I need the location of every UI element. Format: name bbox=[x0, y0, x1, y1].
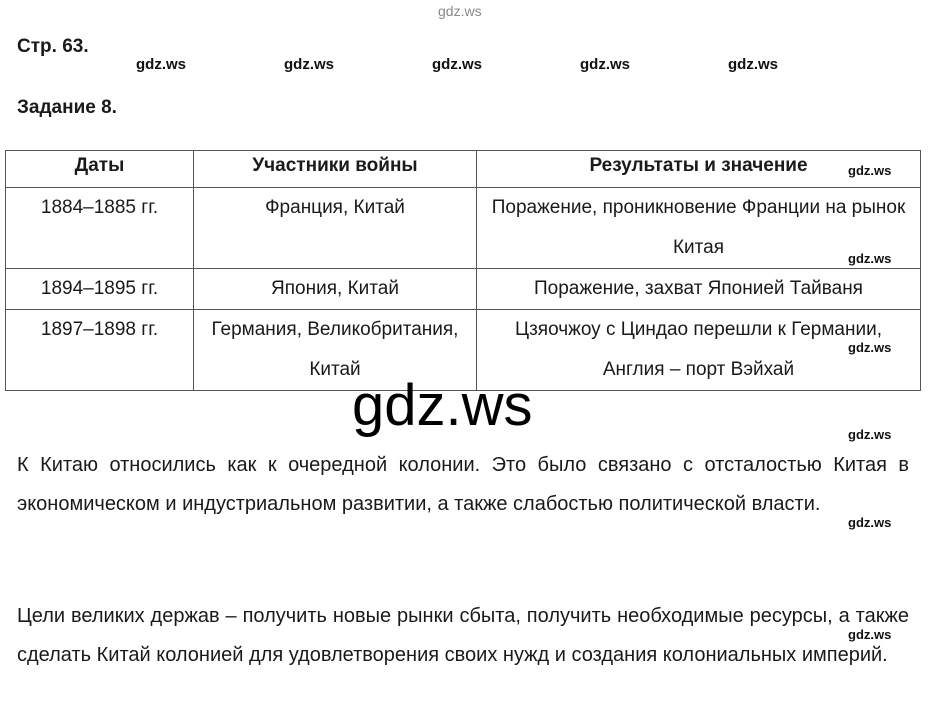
answer-paragraph: Цели великих держав – получить новые рын… bbox=[17, 597, 909, 675]
cell-dates: 1894–1895 гг. bbox=[6, 269, 194, 310]
watermark: gdz.ws bbox=[848, 627, 891, 642]
cell-participants: Япония, Китай bbox=[194, 269, 477, 310]
watermark: gdz.ws bbox=[848, 340, 891, 355]
watermark: gdz.ws bbox=[136, 56, 186, 73]
watermark: gdz.ws bbox=[728, 56, 778, 73]
task-title: Задание 8. bbox=[17, 97, 117, 119]
cell-dates: 1897–1898 гг. bbox=[6, 310, 194, 391]
watermark-top: gdz.ws bbox=[438, 3, 482, 19]
cell-dates: 1884–1885 гг. bbox=[6, 188, 194, 269]
table-row: 1884–1885 гг. Франция, Китай Поражение, … bbox=[6, 188, 921, 269]
watermark: gdz.ws bbox=[848, 515, 891, 530]
answer-paragraph: К Китаю относились как к очередной колон… bbox=[17, 446, 909, 524]
header-participants: Участники войны bbox=[194, 151, 477, 188]
watermark-large: gdz.ws bbox=[352, 372, 533, 439]
header-dates: Даты bbox=[6, 151, 194, 188]
table-row: 1894–1895 гг. Япония, Китай Поражение, з… bbox=[6, 269, 921, 310]
table-header-row: Даты Участники войны Результаты и значен… bbox=[6, 151, 921, 188]
watermark: gdz.ws bbox=[432, 56, 482, 73]
watermark: gdz.ws bbox=[284, 56, 334, 73]
page-label: Стр. 63. bbox=[17, 36, 89, 58]
watermark: gdz.ws bbox=[848, 163, 891, 178]
watermark: gdz.ws bbox=[580, 56, 630, 73]
cell-results: Поражение, захват Японией Тайваня bbox=[477, 269, 921, 310]
watermark: gdz.ws bbox=[848, 251, 891, 266]
cell-participants: Франция, Китай bbox=[194, 188, 477, 269]
wars-table: Даты Участники войны Результаты и значен… bbox=[5, 150, 921, 391]
watermark: gdz.ws bbox=[848, 427, 891, 442]
